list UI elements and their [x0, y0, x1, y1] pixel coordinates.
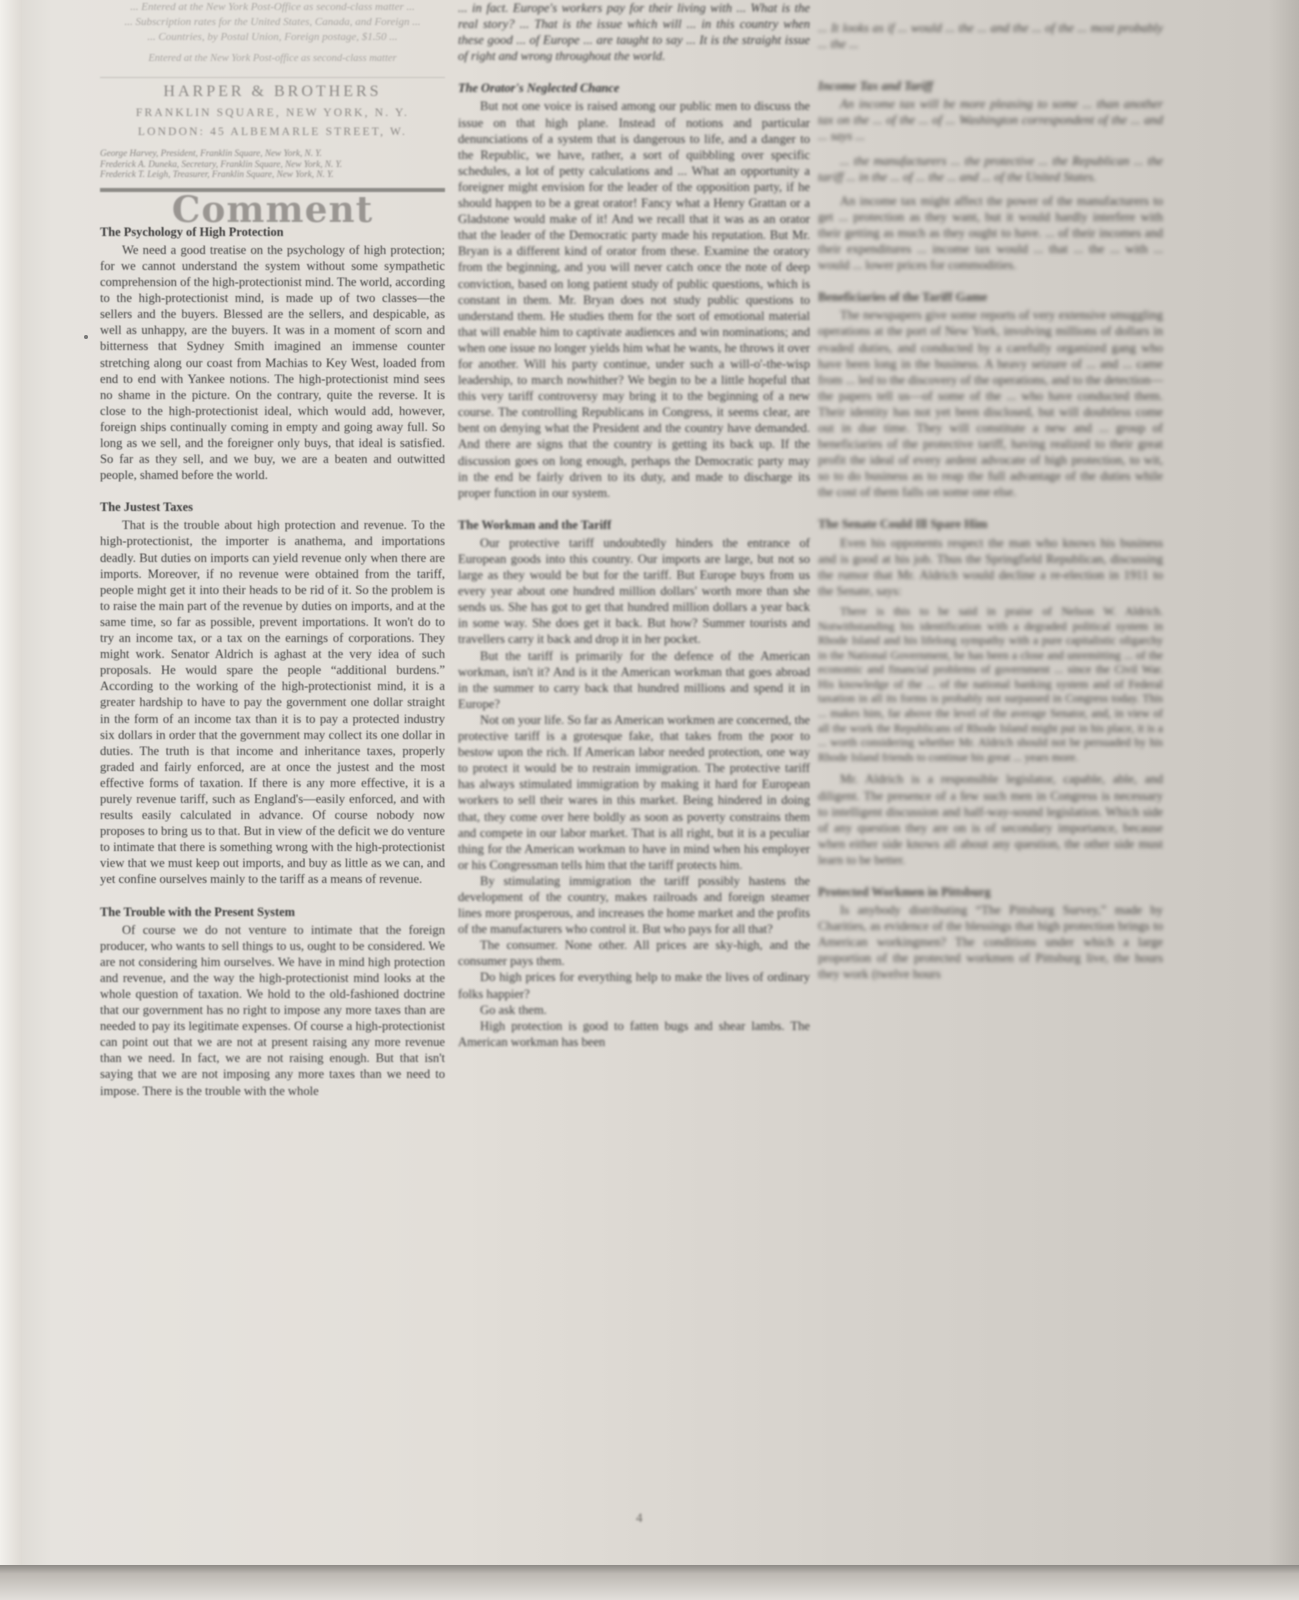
page-bottom-fold: [0, 1565, 1299, 1600]
paragraph: We need a good treatise on the psycholog…: [100, 242, 445, 483]
ink-smudge: [84, 335, 88, 339]
page-right-edge: [1269, 0, 1299, 1600]
section-heading: The Justest Taxes: [100, 499, 445, 515]
paragraph: The consumer. None other. All prices are…: [458, 937, 810, 969]
officer-president: George Harvey, President, Franklin Squar…: [100, 148, 445, 159]
paragraph: Go ask them.: [458, 1002, 810, 1018]
paragraph: That is the trouble about high protectio…: [100, 517, 445, 887]
paragraph: Our protective tariff undoubtedly hinder…: [458, 535, 810, 648]
paragraph: An income tax will be more pleasing to s…: [818, 96, 1163, 144]
magazine-page: ... Entered at the New York Post-Office …: [0, 0, 1299, 1600]
masthead-top-line-1: ... Entered at the New York Post-Office …: [100, 0, 445, 15]
paragraph: ... It looks as if ... would ... the ...…: [818, 20, 1163, 52]
column-1: ... Entered at the New York Post-Office …: [100, 0, 445, 1099]
paragraph: But the tariff is primarily for the defe…: [458, 648, 810, 712]
article-section: The Senate Could Ill Spare Him Even his …: [818, 516, 1163, 868]
article-section: The Workman and the Tariff Our protectiv…: [458, 517, 810, 1050]
section-heading: Income Tax and Tariff: [818, 78, 1163, 94]
article-section: The Justest Taxes That is the trouble ab…: [100, 499, 445, 887]
masthead-rule: [100, 77, 445, 78]
section-heading: The Psychology of High Protection: [100, 224, 445, 240]
paragraph: Not on your life. So far as American wor…: [458, 712, 810, 873]
page-number: 4: [636, 1510, 643, 1526]
publisher-address-london: LONDON: 45 ALBEMARLE STREET, W.: [100, 123, 445, 142]
paragraph: Is anybody distributing “The Pittsburg S…: [818, 902, 1163, 982]
paragraph: But not one voice is raised among our pu…: [458, 98, 810, 500]
masthead-top-line-3: ... Countries, by Postal Union, Foreign …: [100, 30, 445, 45]
section-heading: The Workman and the Tariff: [458, 517, 810, 533]
section-heading: The Orator's Neglected Chance: [458, 80, 810, 96]
article-section: The Orator's Neglected Chance But not on…: [458, 80, 810, 500]
article-section: Protected Workmen in Pittsburg Is anybod…: [818, 884, 1163, 983]
page-left-edge: [0, 0, 22, 1600]
paragraph: Of course we do not venture to intimate …: [100, 922, 445, 1099]
section-heading: The Trouble with the Present System: [100, 904, 445, 920]
column-3: ... It looks as if ... would ... the ...…: [818, 0, 1163, 983]
publisher-address-ny: FRANKLIN SQUARE, NEW YORK, N. Y.: [100, 104, 445, 123]
paragraph: Do high prices for everything help to ma…: [458, 969, 810, 1001]
paragraph: By stimulating immigration the tariff po…: [458, 873, 810, 937]
officer-secretary: Frederick A. Duneka, Secretary, Franklin…: [100, 159, 445, 170]
article-section: The Psychology of High Protection We nee…: [100, 224, 445, 484]
comment-heading: Comment: [100, 202, 445, 218]
paragraph: ... the manufacturers ... the protective…: [818, 153, 1163, 185]
masthead-entry-note: Entered at the New York Post-office as s…: [100, 51, 445, 67]
paragraph: Mr. Aldrich is a responsible legislator,…: [818, 771, 1163, 868]
article-section: The Trouble with the Present System Of c…: [100, 904, 445, 1099]
officers-list: George Harvey, President, Franklin Squar…: [100, 148, 445, 180]
paragraph: Even his opponents respect the man who k…: [818, 535, 1163, 599]
masthead: ... Entered at the New York Post-Office …: [100, 0, 445, 192]
section-heading: Protected Workmen in Pittsburg: [818, 884, 1163, 900]
article-section: Income Tax and Tariff An income tax will…: [818, 78, 1163, 273]
section-heading: The Senate Could Ill Spare Him: [818, 516, 1163, 532]
column-2: ... in fact. Europe's workers pay for th…: [458, 0, 810, 1050]
section-heading: Beneficiaries of the Tariff Game: [818, 289, 1163, 305]
paragraph: High protection is good to fatten bugs a…: [458, 1018, 810, 1050]
masthead-top-line-2: ... Subscription rates for the United St…: [100, 15, 445, 30]
paragraph: The newspapers give some reports of very…: [818, 307, 1163, 500]
paragraph: An income tax might affect the power of …: [818, 193, 1163, 273]
paragraph: ... in fact. Europe's workers pay for th…: [458, 0, 810, 64]
quoted-paragraph: There is this to be said in praise of Ne…: [818, 605, 1163, 766]
publisher-name: HARPER & BROTHERS: [100, 84, 445, 100]
officer-treasurer: Frederick T. Leigh, Treasurer, Franklin …: [100, 169, 445, 180]
article-section: Beneficiaries of the Tariff Game The new…: [818, 289, 1163, 500]
